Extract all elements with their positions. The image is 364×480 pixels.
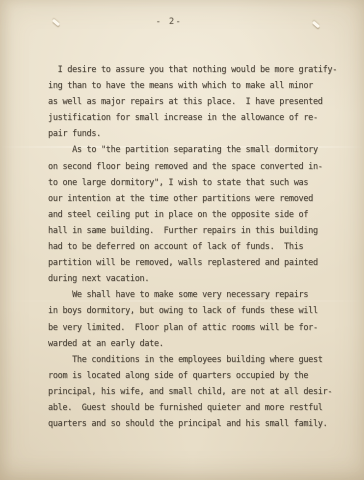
text-line: As to "the partition separating the smal… — [48, 142, 348, 158]
text-line: justification for small increase in the … — [48, 110, 348, 126]
text-line: during next vacation. — [48, 271, 348, 287]
text-line: We shall have to make some very necessar… — [48, 287, 348, 303]
page-number: - 2- — [139, 17, 199, 27]
text-line: to one large dormitory", I wish to state… — [48, 175, 348, 191]
text-line: able. Guest should be furnished quieter … — [48, 400, 348, 416]
text-line: quarters and so should the principal and… — [48, 416, 348, 432]
paragraph: As to "the partition separating the smal… — [48, 142, 348, 287]
text-line: our intention at the time other partitio… — [48, 191, 348, 207]
text-line: partition will be removed, walls replast… — [48, 255, 348, 271]
pin-hole-mark-left — [52, 19, 60, 26]
text-line: pair funds. — [48, 126, 348, 142]
text-line: principal, his wife, and small child, ar… — [48, 384, 348, 400]
text-line: be very limited. Floor plan of attic roo… — [48, 320, 348, 336]
paragraph: We shall have to make some very necessar… — [48, 287, 348, 351]
text-line: room is located along side of quarters o… — [48, 368, 348, 384]
text-line: hall in same building. Further repairs i… — [48, 223, 348, 239]
text-line: I desire to assure you that nothing woul… — [48, 62, 348, 78]
text-line: and steel ceiling put in place on the op… — [48, 207, 348, 223]
text-line: had to be deferred on account of lack of… — [48, 239, 348, 255]
text-line: in boys dormitory, but owing to lack of … — [48, 303, 348, 319]
typewritten-text-block: I desire to assure you that nothing woul… — [48, 62, 348, 432]
text-line: ing than to have the means with which to… — [48, 78, 348, 94]
pin-hole-mark-right — [312, 21, 320, 29]
text-line: on second floor being removed and the sp… — [48, 159, 348, 175]
text-line: as well as major repairs at this place. … — [48, 94, 348, 110]
paragraph: The conditions in the employees building… — [48, 352, 348, 432]
text-line: The conditions in the employees building… — [48, 352, 348, 368]
typewritten-document-page: - 2- I desire to assure you that nothing… — [0, 0, 364, 480]
paragraph: I desire to assure you that nothing woul… — [48, 62, 348, 142]
text-line: warded at an early date. — [48, 336, 348, 352]
